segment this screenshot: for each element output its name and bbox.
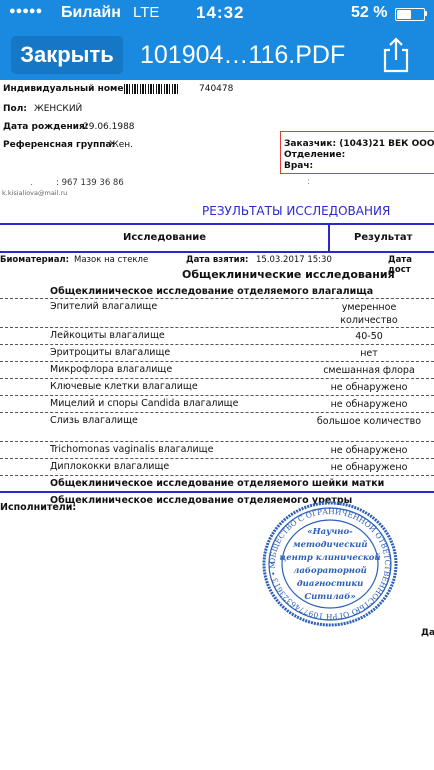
date-label-cut: Да: [421, 628, 434, 638]
table-row: Диплококки влагалище не обнаружено: [0, 459, 434, 476]
date-taken-label: Дата взятия:: [186, 255, 248, 265]
colon-mark: :: [307, 177, 310, 187]
group-title: Общеклинические исследования: [182, 268, 395, 281]
table-row: Эритроциты влагалище нет: [0, 345, 434, 362]
header-result: Результат: [354, 232, 412, 243]
executors-label: Исполнители:: [0, 502, 76, 513]
date-taken-value: 15.03.2017 15:30: [256, 255, 332, 265]
svg-text:центр клинической: центр клинической: [279, 552, 380, 563]
carrier-name: Билайн: [61, 4, 121, 22]
lab-stamp: ОБЩЕСТВО С ОГРАНИЧЕННОЙ ОТВЕТСТВЕННОСТЬЮ…: [260, 501, 400, 628]
phone-prefix: .: [30, 178, 33, 187]
sex-label: Пол:: [3, 104, 27, 114]
svg-text:«Научно-: «Научно-: [307, 527, 353, 537]
table-row: Слизь влагалище большое количество: [0, 413, 434, 442]
svg-text:Ситилаб»: Ситилаб»: [304, 591, 355, 602]
biomaterial-label: Биоматериал:: [0, 255, 69, 265]
header-divider: [328, 225, 330, 251]
dob-label: Дата рождения:: [3, 122, 88, 132]
date-delivery-label: Дата дост: [388, 255, 434, 275]
clock: 14:32: [196, 3, 244, 23]
svg-text:диагностики: диагностики: [297, 579, 364, 589]
table-row: Эпителий влагалище умеренное количество: [0, 299, 434, 328]
battery-icon: [395, 8, 425, 21]
id-value: 740478: [199, 84, 233, 94]
email: k.kisialiova@mail.ru: [2, 189, 67, 197]
top-bar: ●●●●● Билайн LTE 14:32 52 % Закрыть 1019…: [0, 0, 434, 80]
svg-text:лабораторной: лабораторной: [293, 565, 367, 576]
table-row: Мицелий и споры Candida влагалище не обн…: [0, 396, 434, 413]
dob-value: 29.06.1988: [83, 122, 135, 132]
id-label: Индивидуальный номер:: [3, 84, 134, 94]
status-bar: ●●●●● Билайн LTE 14:32 52 %: [0, 0, 434, 28]
phone: : 967 139 36 86: [56, 178, 124, 188]
file-name-title: 101904…116.PDF: [140, 41, 345, 70]
ref-group-value: Жен.: [109, 140, 133, 150]
customer: Заказчик: (1043)21 ВЕК ООО: [281, 139, 434, 150]
close-button[interactable]: Закрыть: [11, 36, 123, 74]
results-table-header: Исследование Результат: [0, 223, 434, 253]
table-row: Общеклиническое исследование отделяемого…: [0, 284, 434, 299]
doctor: Врач:: [281, 161, 434, 172]
ref-group-label: Референсная группа:: [3, 140, 115, 150]
signal-strength-icon: ●●●●●: [9, 5, 42, 17]
header-study: Исследование: [123, 232, 206, 243]
barcode: [124, 84, 179, 94]
client-box: Заказчик: (1043)21 ВЕК ООО Отделение: Вр…: [280, 131, 434, 174]
sex-value: ЖЕНСКИЙ: [34, 104, 82, 114]
results-title: РЕЗУЛЬТАТЫ ИССЛЕДОВАНИЯ: [202, 204, 390, 218]
share-icon[interactable]: [381, 36, 411, 74]
table-row: Лейкоциты влагалище 40-50: [0, 328, 434, 345]
table-row: Микрофлора влагалище смешанная флора: [0, 362, 434, 379]
results-rows: Общеклиническое исследование отделяемого…: [0, 284, 434, 509]
table-bottom-border: [0, 491, 434, 493]
table-row: Ключевые клетки влагалище не обнаружено: [0, 379, 434, 396]
table-row: Trichomonas vaginalis влагалище не обнар…: [0, 442, 434, 459]
network-type: LTE: [133, 4, 159, 21]
department: Отделение:: [281, 150, 434, 161]
svg-text:методический: методический: [292, 539, 367, 550]
biomaterial-value: Мазок на стекле: [74, 255, 148, 265]
battery-tip-icon: [425, 11, 427, 16]
battery-percent: 52 %: [351, 4, 387, 22]
